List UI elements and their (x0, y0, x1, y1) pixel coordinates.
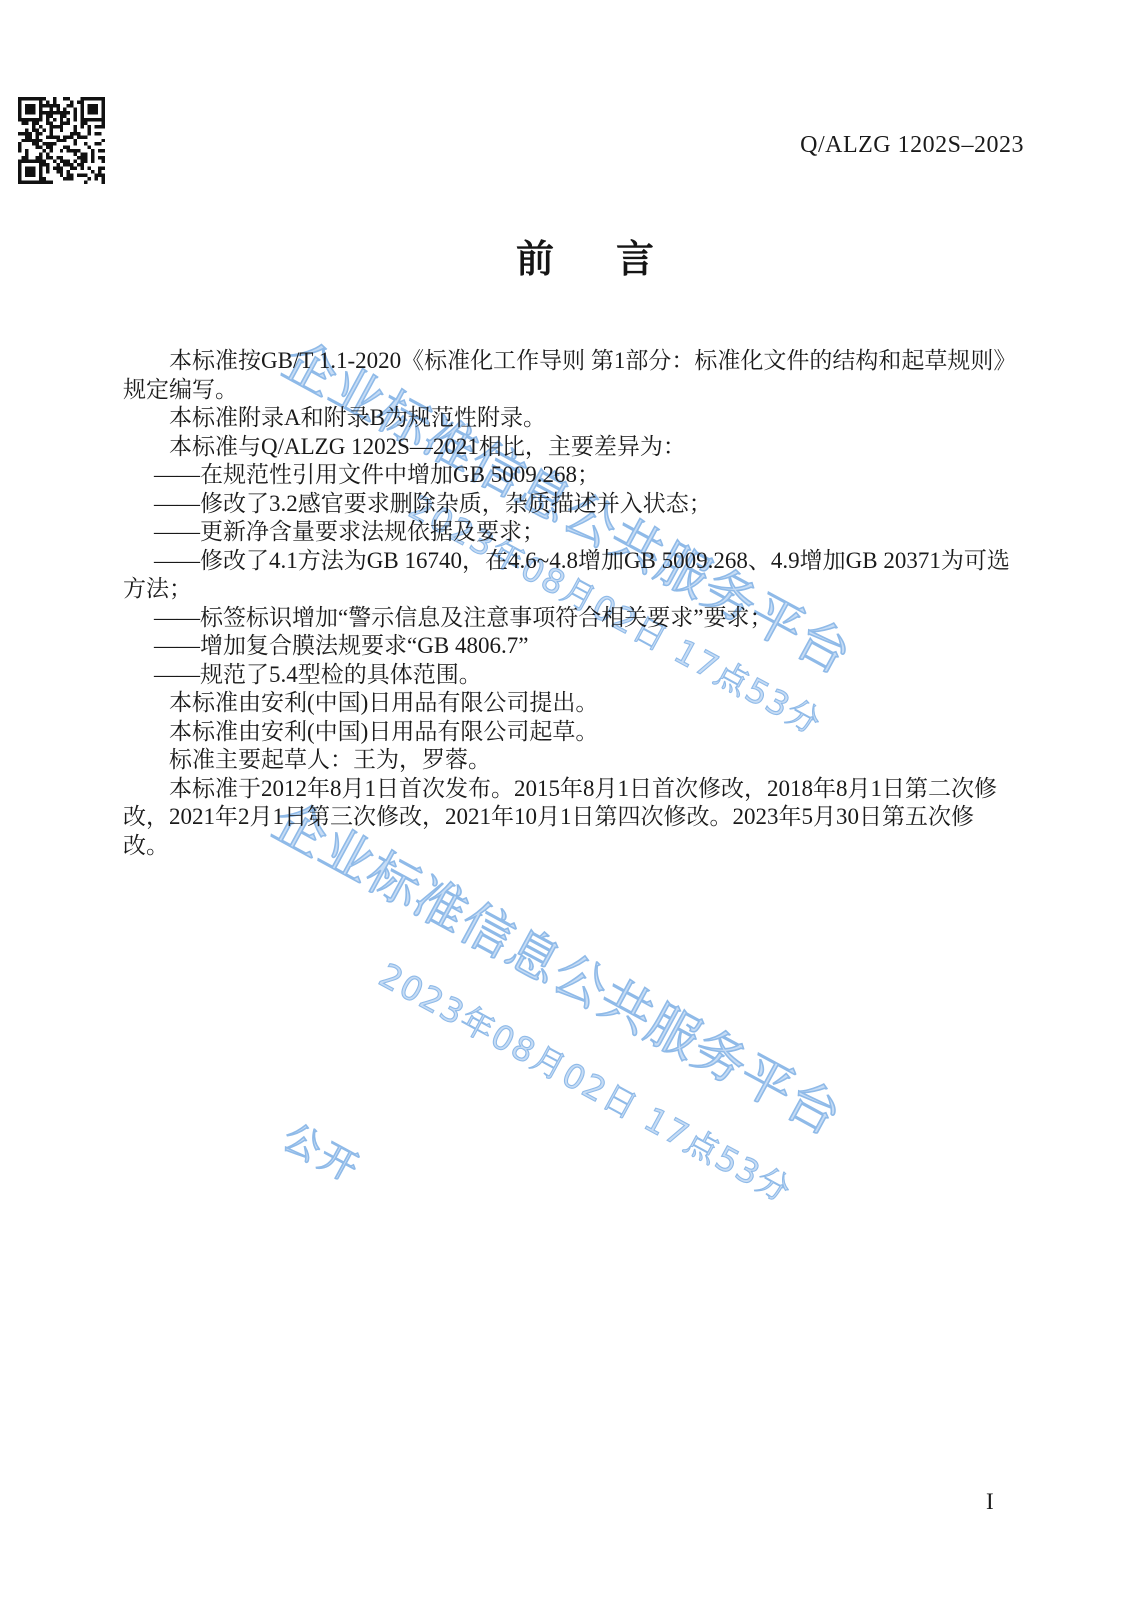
qr-code-icon (18, 97, 105, 184)
foreword-body: 本标准按GB/T 1.1-2020《标准化工作导则 第1部分：标准化文件的结构和… (123, 347, 1013, 860)
foreword-paragraph: ——更新净含量要求法规依据及要求； (123, 518, 1013, 547)
foreword-paragraph: 本标准由安利(中国)日用品有限公司提出。 (123, 689, 1013, 718)
foreword-paragraph: 本标准与Q/ALZG 1202S—2021相比，主要差异为： (123, 433, 1013, 462)
watermark-public-label: 公开 (277, 1118, 367, 1190)
foreword-paragraph: 标准主要起草人：王为，罗蓉。 (123, 746, 1013, 775)
foreword-paragraph: 本标准按GB/T 1.1-2020《标准化工作导则 第1部分：标准化文件的结构和… (123, 347, 1013, 404)
foreword-paragraph: 本标准于2012年8月1日首次发布。2015年8月1日首次修改，2018年8月1… (123, 775, 1013, 861)
foreword-paragraph: 本标准附录A和附录B为规范性附录。 (123, 404, 1013, 433)
doc-number: Q/ALZG 1202S–2023 (800, 132, 1024, 159)
foreword-paragraph: ——规范了5.4型检的具体范围。 (123, 661, 1013, 690)
foreword-paragraph: 本标准由安利(中国)日用品有限公司起草。 (123, 718, 1013, 747)
foreword-paragraph: ——修改了3.2感官要求删除杂质，杂质描述并入状态； (123, 490, 1013, 519)
foreword-paragraph: ——标签标识增加“警示信息及注意事项符合相关要求”要求； (123, 604, 1013, 633)
foreword-paragraph: ——增加复合膜法规要求“GB 4806.7” (123, 632, 1013, 661)
page-title-char: 言 (616, 240, 654, 278)
page-title: 前 言 (516, 240, 654, 278)
page-title-char: 前 (516, 240, 554, 278)
page-number: I (986, 1489, 994, 1515)
watermark-timestamp: 2023年08月02日 17点53分 (374, 958, 797, 1208)
foreword-paragraph: ——修改了4.1方法为GB 16740，在4.6~4.8增加GB 5009.26… (123, 547, 1013, 604)
document-page: Q/ALZG 1202S–2023 企业标准信息公共服务平台 2023年08月0… (0, 0, 1132, 1600)
foreword-paragraph: ——在规范性引用文件中增加GB 5009.268； (123, 461, 1013, 490)
